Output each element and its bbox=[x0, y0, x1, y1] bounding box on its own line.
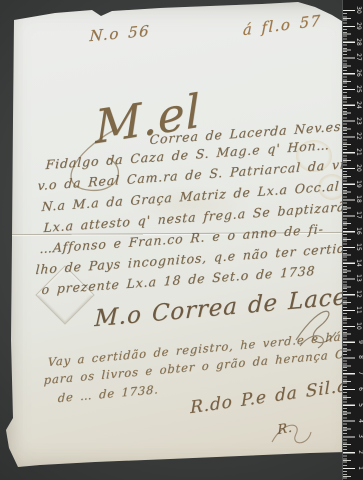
document-paper: N.o 56 á fl.o 57 M.elCorrea de Lacerda N… bbox=[0, 0, 363, 480]
ruler-label: 14 bbox=[355, 259, 361, 267]
ruler-label: 21 bbox=[355, 148, 361, 156]
ruler-label: 8 bbox=[357, 355, 363, 359]
ruler-label: 20 bbox=[355, 164, 361, 172]
ruler-label: 23 bbox=[355, 117, 361, 125]
ruler-label: 15 bbox=[355, 243, 361, 251]
ruler-label: 6 bbox=[357, 387, 363, 391]
ruler-label: 24 bbox=[355, 101, 361, 109]
ruler-label: 19 bbox=[355, 180, 361, 188]
ruler: 3029282726252423222120191817161514131211… bbox=[342, 0, 363, 480]
ruler-label: 2 bbox=[357, 450, 363, 454]
ruler-label: 4 bbox=[357, 419, 363, 423]
scan-background: N.o 56 á fl.o 57 M.elCorrea de Lacerda N… bbox=[0, 0, 363, 480]
ruler-label: 13 bbox=[355, 275, 361, 283]
ruler-label: 12 bbox=[355, 290, 361, 298]
ruler-label: 18 bbox=[355, 196, 361, 204]
ruler-label: 5 bbox=[357, 403, 363, 407]
ruler-label: 17 bbox=[355, 211, 361, 219]
ruler-label: 27 bbox=[355, 54, 361, 62]
ruler-label: 26 bbox=[355, 69, 361, 77]
ruler-label: 7 bbox=[357, 371, 363, 375]
ruler-label: 22 bbox=[355, 132, 361, 140]
ruler-cm-ticks bbox=[343, 10, 355, 480]
ruler-label: 10 bbox=[355, 322, 361, 330]
signature-rubric: R. bbox=[277, 420, 293, 438]
ruler-label: 1 bbox=[357, 466, 363, 470]
ruler-label: 29 bbox=[355, 22, 361, 30]
ruler-label: 9 bbox=[357, 340, 363, 344]
ruler-label: 25 bbox=[355, 85, 361, 93]
ruler-label: 16 bbox=[355, 227, 361, 235]
ruler-label: 28 bbox=[355, 38, 361, 46]
ruler-label: 30 bbox=[355, 6, 361, 14]
ruler-label: 3 bbox=[357, 434, 363, 438]
ruler-label: 11 bbox=[355, 306, 361, 314]
